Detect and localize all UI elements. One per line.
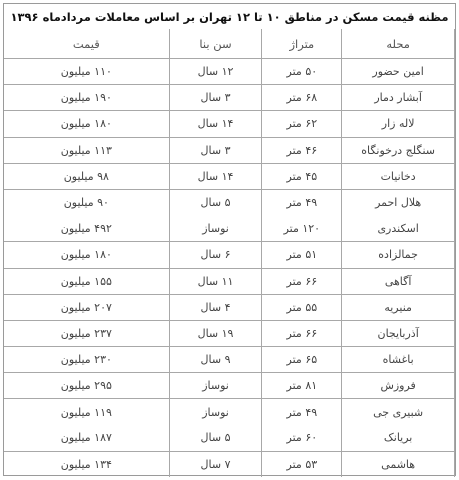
header-age: سن بنا bbox=[170, 29, 263, 58]
table-row: بریانک۶۰ متر۵ سال۱۸۷ میلیون bbox=[4, 425, 455, 451]
table-row: باغشاه۶۵ متر۹ سال۲۳۰ میلیون bbox=[4, 346, 455, 372]
cell-age: ۳ سال bbox=[170, 138, 263, 163]
cell-area: ۵۰ متر bbox=[262, 59, 342, 84]
cell-age: ۱۱ سال bbox=[170, 269, 263, 294]
cell-neighborhood: بریانک bbox=[342, 425, 455, 451]
header-price: قیمت bbox=[4, 29, 170, 58]
cell-area: ۴۵ متر bbox=[262, 164, 342, 189]
table-title: مظنه قیمت مسکن در مناطق ۱۰ تا ۱۲ تهران ب… bbox=[4, 4, 455, 29]
cell-price: ۱۸۷ میلیون bbox=[4, 425, 170, 451]
cell-age: ۵ سال bbox=[170, 190, 263, 215]
table-row: لاله زار۶۲ متر۱۴ سال۱۸۰ میلیون bbox=[4, 110, 455, 136]
cell-area: ۶۶ متر bbox=[262, 269, 342, 294]
cell-neighborhood: شبیری جی bbox=[342, 399, 455, 424]
cell-price: ۱۸۰ میلیون bbox=[4, 242, 170, 267]
cell-age: ۳ سال bbox=[170, 85, 263, 110]
cell-neighborhood: اسکندری bbox=[342, 215, 455, 241]
cell-neighborhood: امین حضور bbox=[342, 59, 455, 84]
cell-neighborhood: سنگلج درخونگاه bbox=[342, 138, 455, 163]
table-row: امین حضور۵۰ متر۱۲ سال۱۱۰ میلیون bbox=[4, 58, 455, 84]
table-row: آبشار دمار۶۸ متر۳ سال۱۹۰ میلیون bbox=[4, 84, 455, 110]
cell-neighborhood: آبشار دمار bbox=[342, 85, 455, 110]
cell-neighborhood: هلال احمر bbox=[342, 190, 455, 215]
cell-price: ۱۳۴ میلیون bbox=[4, 452, 170, 477]
cell-area: ۴۹ متر bbox=[262, 190, 342, 215]
cell-area: ۵۳ متر bbox=[262, 452, 342, 477]
cell-area: ۶۶ متر bbox=[262, 321, 342, 346]
table-row: هاشمی۵۳ متر۷ سال۱۳۴ میلیون bbox=[4, 451, 455, 477]
table-grid: محله متراژ سن بنا قیمت امین حضور۵۰ متر۱۲… bbox=[4, 29, 455, 477]
price-table: مظنه قیمت مسکن در مناطق ۱۰ تا ۱۲ تهران ب… bbox=[3, 3, 456, 476]
cell-age: نوساز bbox=[170, 373, 263, 398]
cell-area: ۴۹ متر bbox=[262, 399, 342, 424]
cell-age: ۵ سال bbox=[170, 425, 263, 451]
cell-price: ۲۹۵ میلیون bbox=[4, 373, 170, 398]
table-row: سنگلج درخونگاه۴۶ متر۳ سال۱۱۳ میلیون bbox=[4, 137, 455, 163]
cell-age: ۹ سال bbox=[170, 347, 263, 372]
cell-age: ۱۹ سال bbox=[170, 321, 263, 346]
cell-age: ۱۲ سال bbox=[170, 59, 263, 84]
table-row: شبیری جی۴۹ مترنوساز۱۱۹ میلیون bbox=[4, 398, 455, 424]
cell-area: ۵۱ متر bbox=[262, 242, 342, 267]
table-row: دخانیات۴۵ متر۱۴ سال۹۸ میلیون bbox=[4, 163, 455, 189]
cell-price: ۹۸ میلیون bbox=[4, 164, 170, 189]
table-header-row: محله متراژ سن بنا قیمت bbox=[4, 29, 455, 58]
cell-neighborhood: آذربایجان bbox=[342, 321, 455, 346]
cell-age: نوساز bbox=[170, 215, 263, 241]
cell-area: ۸۱ متر bbox=[262, 373, 342, 398]
table-row: هلال احمر۴۹ متر۵ سال۹۰ میلیون bbox=[4, 189, 455, 215]
header-area: متراژ bbox=[262, 29, 342, 58]
cell-area: ۶۵ متر bbox=[262, 347, 342, 372]
cell-neighborhood: هاشمی bbox=[342, 452, 455, 477]
cell-neighborhood: جمالزاده bbox=[342, 242, 455, 267]
cell-neighborhood: باغشاه bbox=[342, 347, 455, 372]
cell-price: ۲۰۷ میلیون bbox=[4, 295, 170, 320]
table-row: اسکندری۱۲۰ مترنوساز۴۹۲ میلیون bbox=[4, 215, 455, 241]
cell-price: ۱۱۹ میلیون bbox=[4, 399, 170, 424]
cell-area: ۴۶ متر bbox=[262, 138, 342, 163]
cell-area: ۵۵ متر bbox=[262, 295, 342, 320]
cell-neighborhood: فروزش bbox=[342, 373, 455, 398]
table-row: جمالزاده۵۱ متر۶ سال۱۸۰ میلیون bbox=[4, 241, 455, 267]
cell-neighborhood: لاله زار bbox=[342, 111, 455, 136]
table-row: فروزش۸۱ مترنوساز۲۹۵ میلیون bbox=[4, 372, 455, 398]
table-row: آگاهی۶۶ متر۱۱ سال۱۵۵ میلیون bbox=[4, 268, 455, 294]
cell-price: ۹۰ میلیون bbox=[4, 190, 170, 215]
cell-age: ۶ سال bbox=[170, 242, 263, 267]
cell-price: ۲۳۷ میلیون bbox=[4, 321, 170, 346]
cell-neighborhood: آگاهی bbox=[342, 269, 455, 294]
cell-area: ۶۰ متر bbox=[262, 425, 342, 451]
cell-price: ۲۳۰ میلیون bbox=[4, 347, 170, 372]
cell-age: ۷ سال bbox=[170, 452, 263, 477]
cell-neighborhood: منیریه bbox=[342, 295, 455, 320]
cell-age: ۱۴ سال bbox=[170, 111, 263, 136]
cell-price: ۱۹۰ میلیون bbox=[4, 85, 170, 110]
cell-age: ۴ سال bbox=[170, 295, 263, 320]
cell-age: نوساز bbox=[170, 399, 263, 424]
cell-area: ۱۲۰ متر bbox=[262, 215, 342, 241]
table-row: منیریه۵۵ متر۴ سال۲۰۷ میلیون bbox=[4, 294, 455, 320]
table-body: امین حضور۵۰ متر۱۲ سال۱۱۰ میلیونآبشار دما… bbox=[4, 58, 455, 477]
cell-price: ۴۹۲ میلیون bbox=[4, 215, 170, 241]
cell-age: ۱۴ سال bbox=[170, 164, 263, 189]
cell-price: ۱۱۰ میلیون bbox=[4, 59, 170, 84]
cell-neighborhood: دخانیات bbox=[342, 164, 455, 189]
cell-area: ۶۲ متر bbox=[262, 111, 342, 136]
cell-area: ۶۸ متر bbox=[262, 85, 342, 110]
table-row: آذربایجان۶۶ متر۱۹ سال۲۳۷ میلیون bbox=[4, 320, 455, 346]
cell-price: ۱۱۳ میلیون bbox=[4, 138, 170, 163]
cell-price: ۱۸۰ میلیون bbox=[4, 111, 170, 136]
header-neighborhood: محله bbox=[342, 29, 455, 58]
cell-price: ۱۵۵ میلیون bbox=[4, 269, 170, 294]
